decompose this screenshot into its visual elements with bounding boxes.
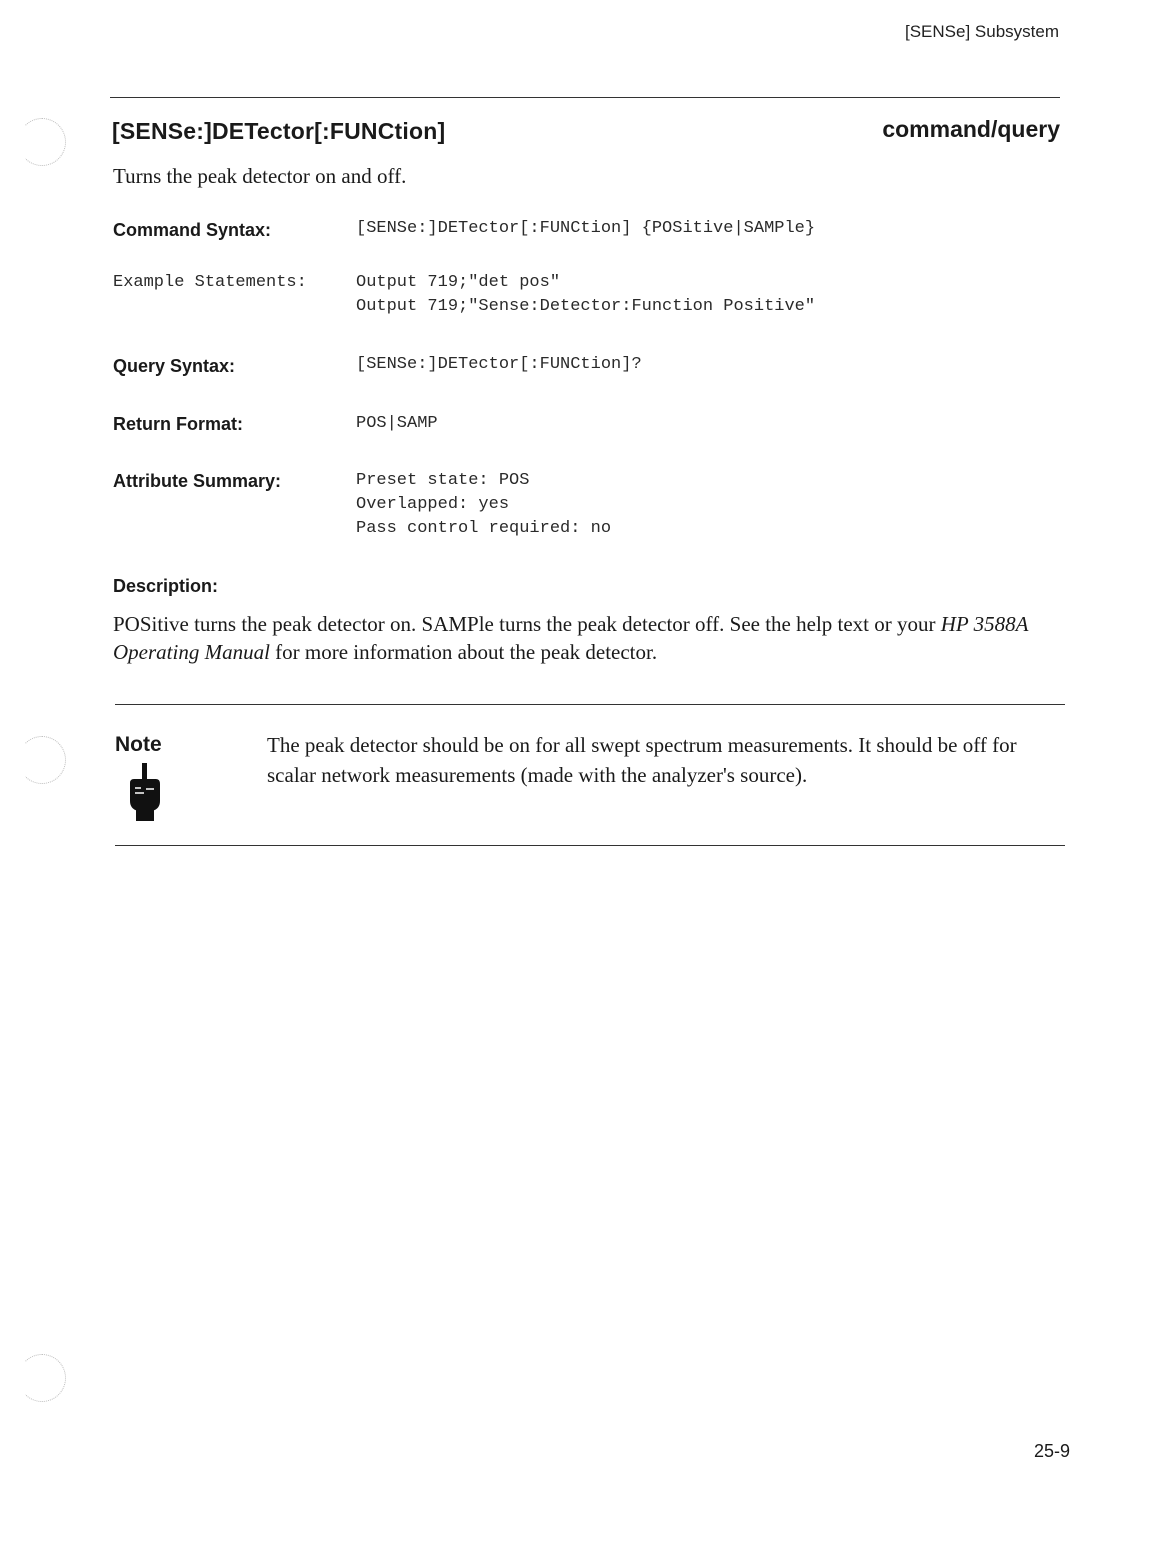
punch-hole	[18, 1354, 66, 1402]
page-number: 25-9	[1034, 1441, 1070, 1462]
example-statements-label: Example Statements:	[113, 271, 307, 295]
description-label: Description:	[113, 576, 218, 597]
note-bottom-divider	[115, 845, 1065, 846]
query-syntax-label: Query Syntax:	[113, 356, 235, 377]
attribute-summary-label: Attribute Summary:	[113, 471, 281, 492]
command-syntax-value: [SENSe:]DETector[:FUNCtion] {POSitive|SA…	[356, 217, 815, 241]
return-format-label: Return Format:	[113, 414, 243, 435]
description-text-before: POSitive turns the peak detector on. SAM…	[113, 612, 941, 636]
punch-hole	[18, 118, 66, 166]
description-text-after: for more information about the peak dete…	[270, 640, 657, 664]
note-label: Note	[115, 733, 162, 757]
command-summary: Turns the peak detector on and off.	[113, 164, 406, 189]
command-syntax-label: Command Syntax:	[113, 220, 271, 241]
pointing-hand-icon	[124, 763, 166, 821]
attribute-summary-value: Preset state: POS Overlapped: yes Pass c…	[356, 469, 611, 541]
command-type: command/query	[882, 116, 1060, 143]
note-text: The peak detector should be on for all s…	[267, 730, 1062, 790]
example-statements-value: Output 719;"det pos" Output 719;"Sense:D…	[356, 271, 815, 319]
command-title: [SENSe:]DETector[:FUNCtion]	[112, 118, 445, 145]
running-head: [SENSe] Subsystem	[905, 22, 1059, 42]
query-syntax-value: [SENSe:]DETector[:FUNCtion]?	[356, 353, 642, 377]
note-top-divider	[115, 704, 1065, 705]
header-divider	[110, 97, 1060, 98]
description-text: POSitive turns the peak detector on. SAM…	[113, 610, 1063, 666]
punch-hole	[18, 736, 66, 784]
return-format-value: POS|SAMP	[356, 412, 438, 436]
